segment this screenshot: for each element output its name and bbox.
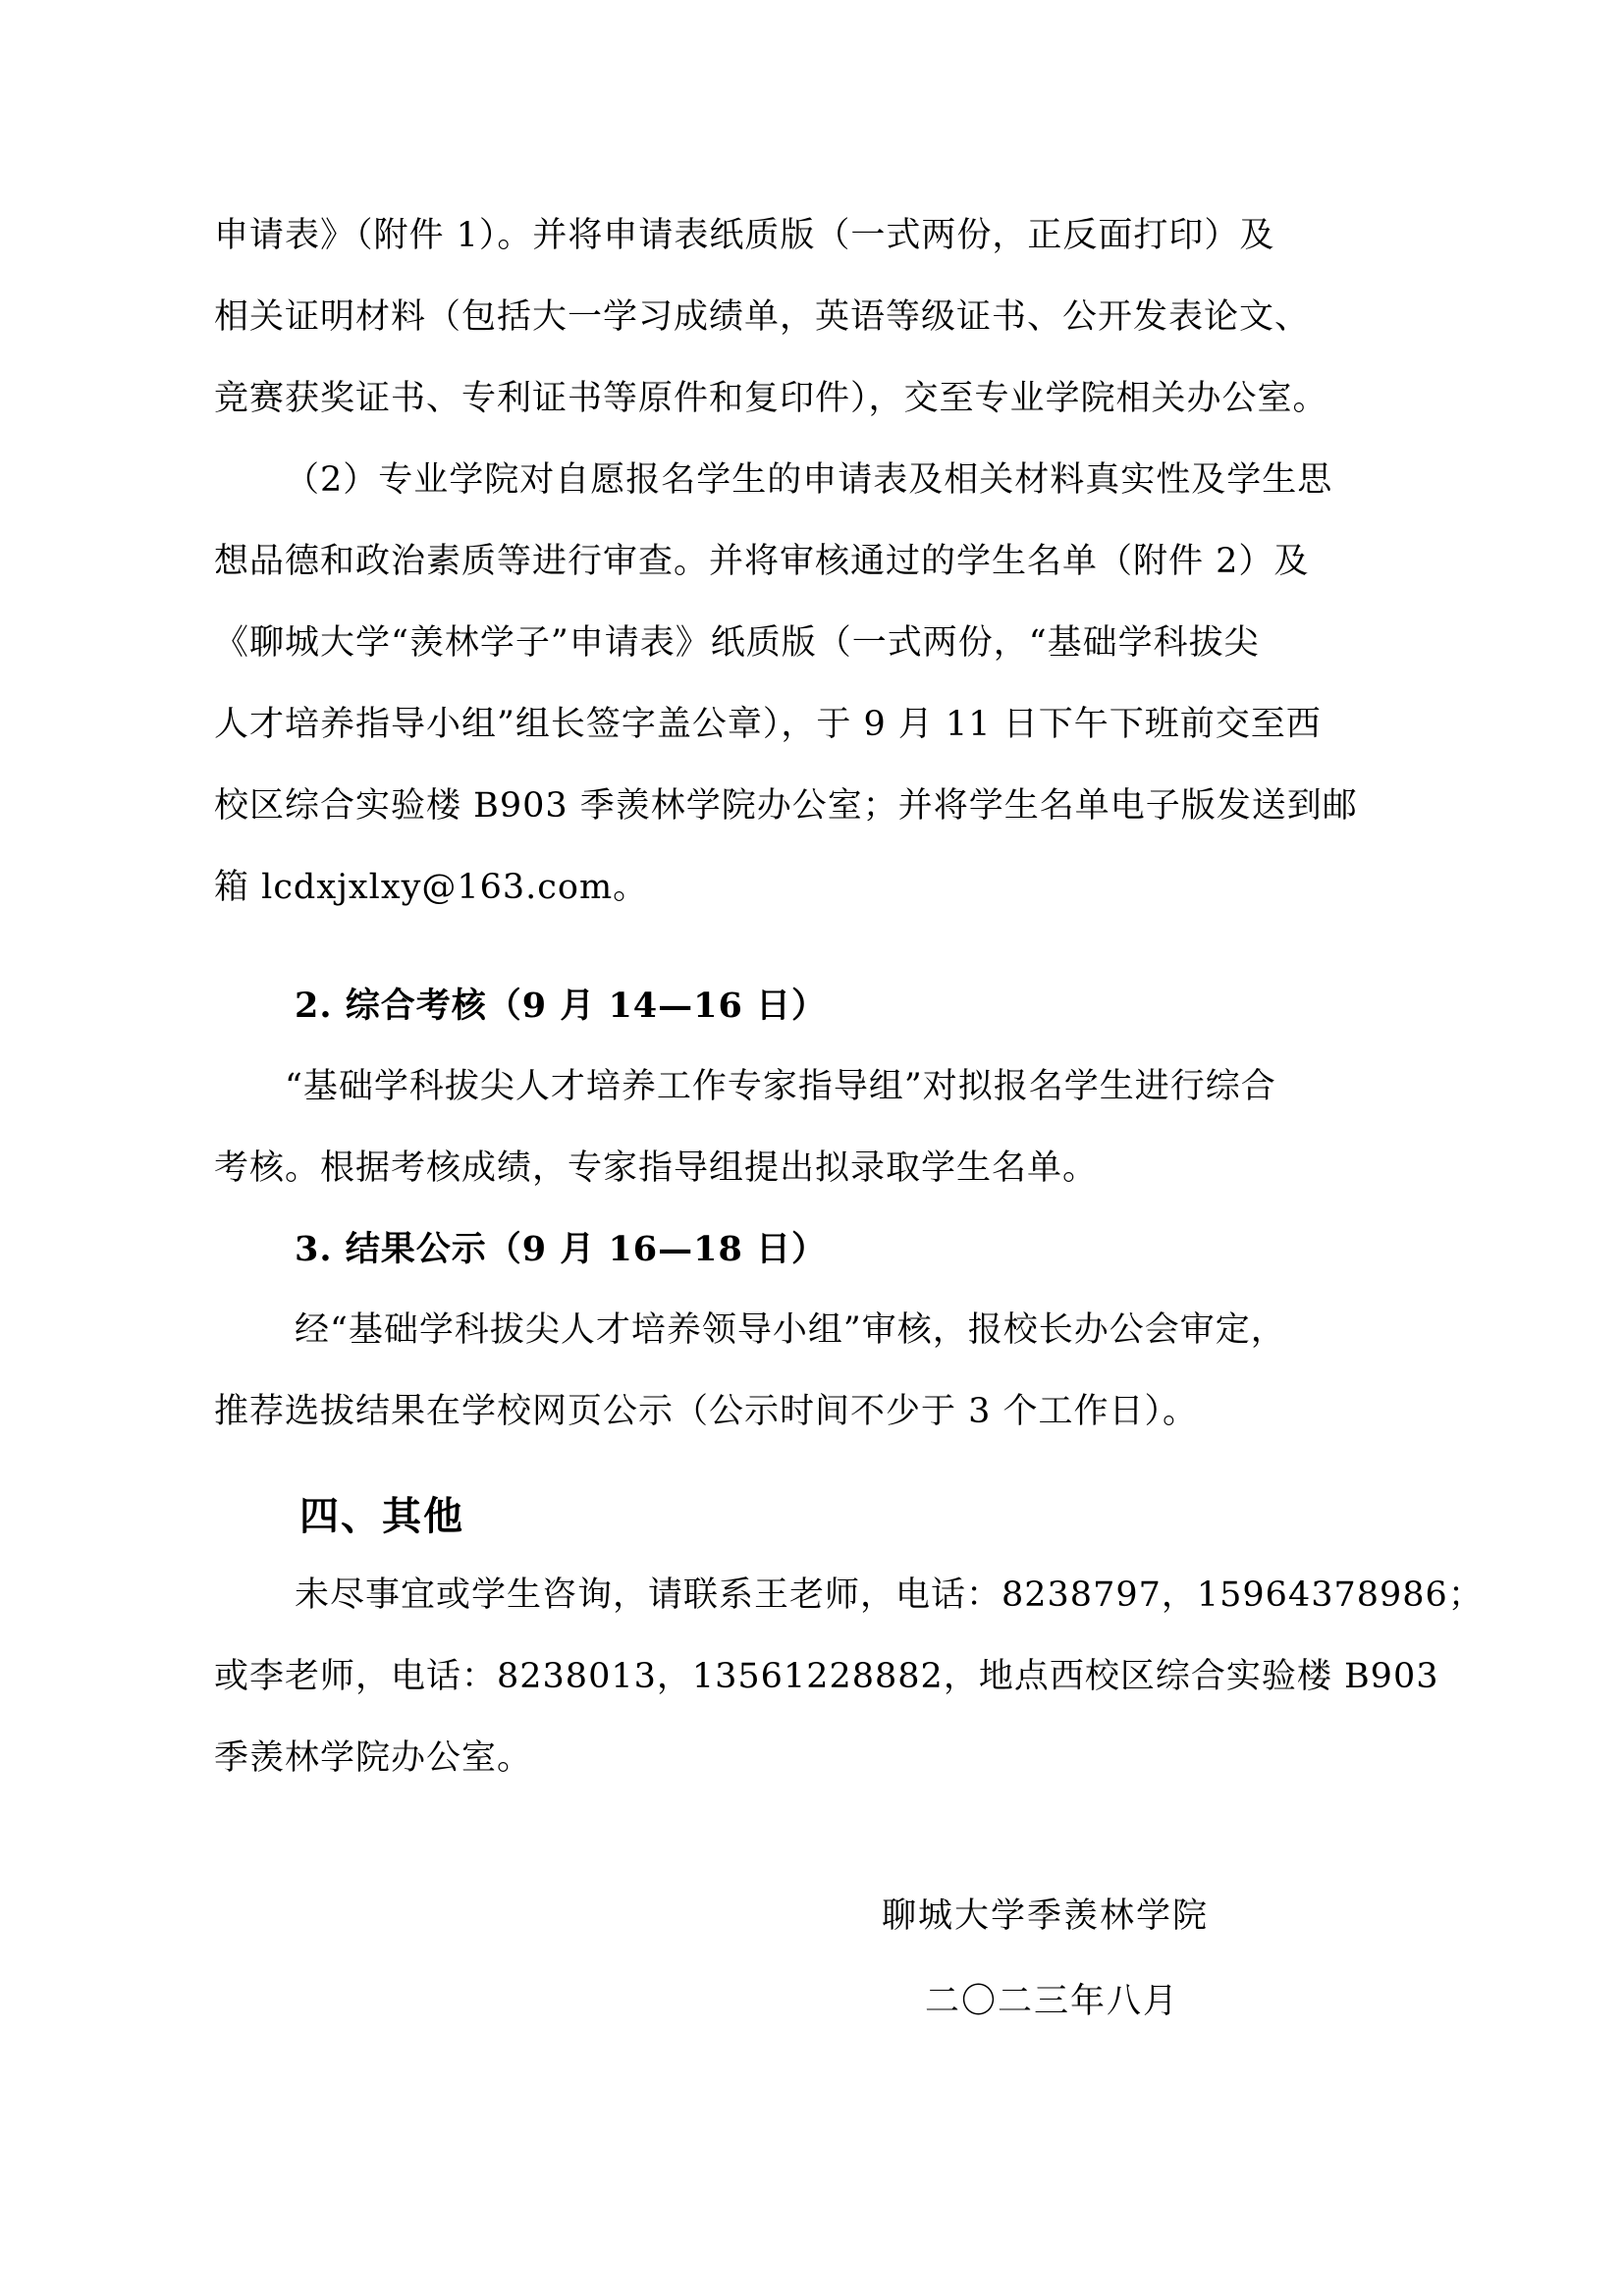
step-2-line-1: “基础学科拔尖人才培养工作专家指导组”对拟报名学生进行综合 — [285, 1065, 1492, 1108]
paragraph-2-line-1: （2）专业学院对自愿报名学生的申请表及相关材料真实性及学生思 — [285, 458, 1492, 502]
paragraph-1-line-1: 申请表》（附件 1）。并将申请表纸质版（一式两份，正反面打印）及 — [214, 214, 1422, 257]
paragraph-1-line-2: 相关证明材料（包括大一学习成绩单，英语等级证书、公开发表论文、 — [214, 295, 1422, 339]
step-3-heading: 3. 结果公示（9 月 16—18 日） — [295, 1228, 1502, 1271]
step-2-heading: 2. 综合考核（9 月 14—16 日） — [295, 985, 1502, 1028]
paragraph-2-line-4: 人才培养指导小组”组长签字盖公章），于 9 月 11 日下午下班前交至西 — [214, 703, 1422, 746]
section-4-heading: 四、其他 — [299, 1492, 464, 1541]
paragraph-2-line-6: 箱 lcdxjxlxy@163.com。 — [214, 866, 1422, 909]
paragraph-2-line-2: 想品德和政治素质等进行审查。并将审核通过的学生名单（附件 2）及 — [214, 540, 1422, 583]
paragraph-2-line-3: 《聊城大学“羡林学子”申请表》纸质版（一式两份，“基础学科拔尖 — [214, 621, 1422, 665]
step-3-line-2: 推荐选拔结果在学校网页公示（公示时间不少于 3 个工作日）。 — [214, 1390, 1422, 1433]
step-2-line-2: 考核。根据考核成绩，专家指导组提出拟录取学生名单。 — [214, 1147, 1422, 1190]
paragraph-1-line-3: 竞赛获奖证书、专利证书等原件和复印件），交至专业学院相关办公室。 — [214, 377, 1422, 420]
section-4-line-2: 或李老师，电话：8238013，13561228882，地点西校区综合实验楼 B… — [214, 1655, 1422, 1698]
document-page: 申请表》（附件 1）。并将申请表纸质版（一式两份，正反面打印）及 相关证明材料（… — [0, 0, 1624, 2296]
step-3-line-1: 经“基础学科拔尖人才培养领导小组”审核，报校长办公会审定， — [295, 1308, 1502, 1352]
section-4-line-3: 季羡林学院办公室。 — [214, 1736, 1422, 1780]
signature-date: 二〇二三年八月 — [925, 1980, 1179, 2023]
signature-organization: 聊城大学季羡林学院 — [882, 1895, 1209, 1938]
paragraph-2-line-5: 校区综合实验楼 B903 季羡林学院办公室；并将学生名单电子版发送到邮 — [214, 784, 1422, 828]
section-4-line-1: 未尽事宜或学生咨询，请联系王老师，电话：8238797，15964378986； — [295, 1574, 1502, 1617]
